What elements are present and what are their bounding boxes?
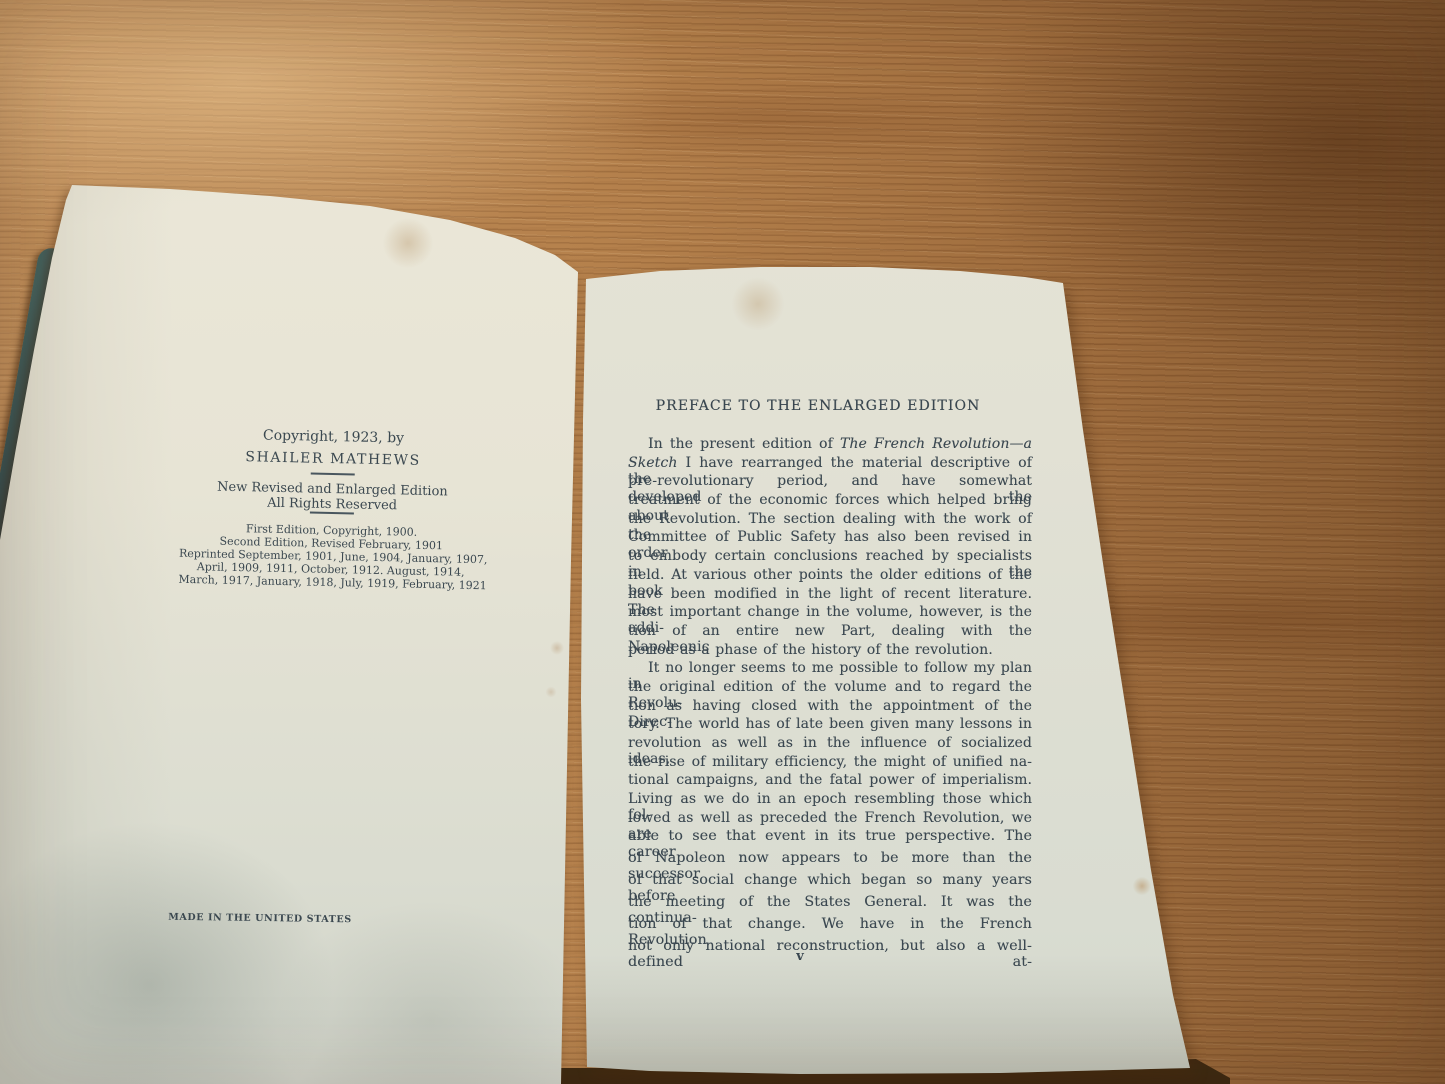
preface-body: In the present edition of The French Rev… [628, 436, 1032, 960]
preface-line: to embody certain conclusions reached by… [628, 548, 1032, 567]
preface-line: It no longer seems to me possible to fol… [628, 660, 1032, 679]
preface-line: of Napoleon now appears to be more than … [628, 850, 1032, 872]
preface-line: lowed as well as preceded the French Rev… [628, 810, 1032, 829]
open-book-photo: Copyright, 1923, by SHAILER MATHEWS New … [0, 0, 1445, 1084]
preface-line: most important change in the volume, how… [628, 604, 1032, 623]
preface-line: tory. The world has of late been given m… [628, 716, 1032, 735]
preface-line: the original edition of the volume and t… [628, 679, 1032, 698]
preface-line: Committee of Public Safety has also been… [628, 529, 1032, 548]
preface-line: tion of that change. We have in the Fren… [628, 916, 1032, 938]
preface-line: field. At various other points the older… [628, 567, 1032, 586]
preface-line: the meeting of the States General. It wa… [628, 894, 1032, 916]
preface-line: pre-revolutionary period, and have somew… [628, 473, 1032, 492]
preface-line: treatment of the economic forces which h… [628, 492, 1032, 511]
preface-line: tion of an entire new Part, dealing with… [628, 623, 1032, 642]
preface-line: In the present edition of The French Rev… [628, 436, 1032, 455]
preface-line: the Revolution. The section dealing with… [628, 511, 1032, 530]
gutter-crease [571, 282, 581, 1070]
preface-line: have been modified in the light of recen… [628, 586, 1032, 605]
preface-heading: PREFACE TO THE ENLARGED EDITION [628, 398, 1008, 414]
preface-line: able to see that event in its true persp… [628, 828, 1032, 850]
preface-line: of that social change which began so man… [628, 872, 1032, 894]
right-page-wrap: PREFACE TO THE ENLARGED EDITION In the p… [0, 0, 1445, 1084]
right-page: PREFACE TO THE ENLARGED EDITION In the p… [0, 0, 1445, 1084]
page-number: v [600, 949, 1000, 964]
preface-line: period as a phase of the history of the … [628, 642, 1032, 661]
preface-line: Living as we do in an epoch resembling t… [628, 791, 1032, 810]
preface-line: revolution as well as in the influence o… [628, 735, 1032, 754]
preface-line: tional campaigns, and the fatal power of… [628, 772, 1032, 791]
preface-line: the rise of military efficiency, the mig… [628, 754, 1032, 773]
preface-line: tion as having closed with the appointme… [628, 698, 1032, 717]
preface-line: Sketch I have rearranged the material de… [628, 455, 1032, 474]
